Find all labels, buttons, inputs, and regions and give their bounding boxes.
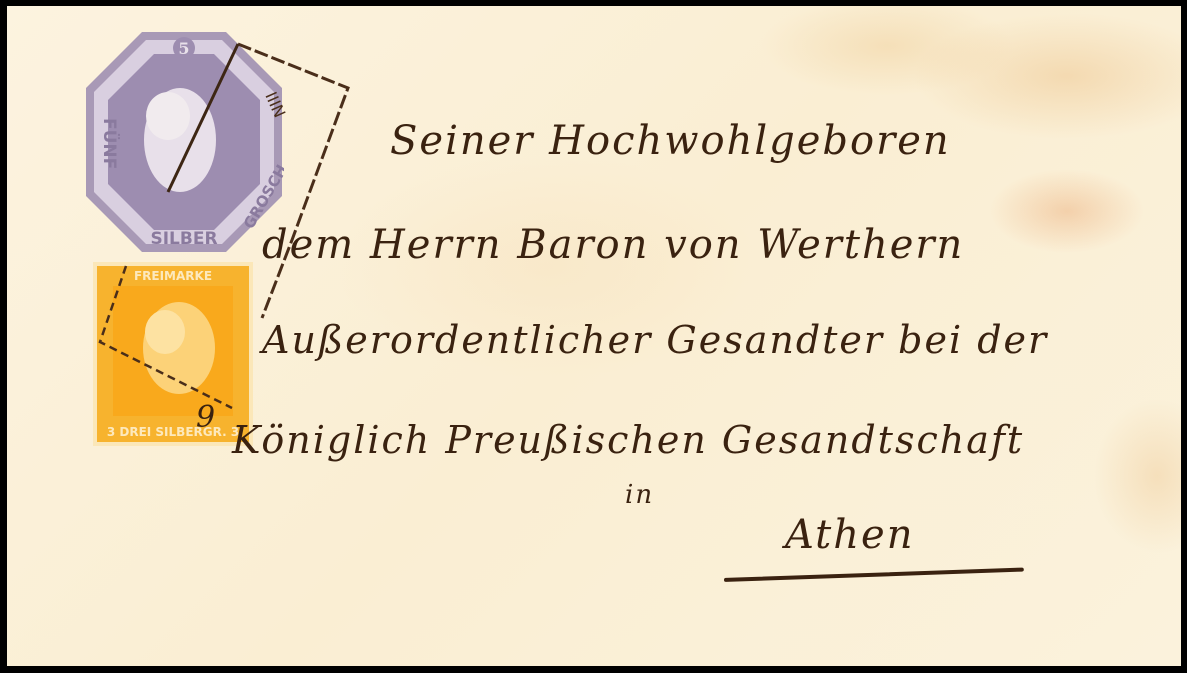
address-line-in: in [625, 480, 654, 510]
city-underline [724, 568, 1024, 582]
address-line-title: Außerordentlicher Gesandter bei der [262, 318, 1048, 362]
address-line-legation: Königlich Preußischen Gesandtschaft [232, 418, 1024, 462]
address-block: Seiner Hochwohlgeboren dem Herrn Baron v… [0, 0, 1187, 673]
photo-frame: 5 FÜNF SILBER GROSCH FREIMARKE 3 DREI SI… [0, 0, 1187, 673]
stamp-annotation: 9 [196, 400, 215, 435]
address-line-salutation: Seiner Hochwohlgeboren [390, 118, 951, 164]
address-line-city: Athen [785, 512, 914, 558]
address-line-recipient: dem Herrn Baron von Werthern [262, 222, 964, 268]
